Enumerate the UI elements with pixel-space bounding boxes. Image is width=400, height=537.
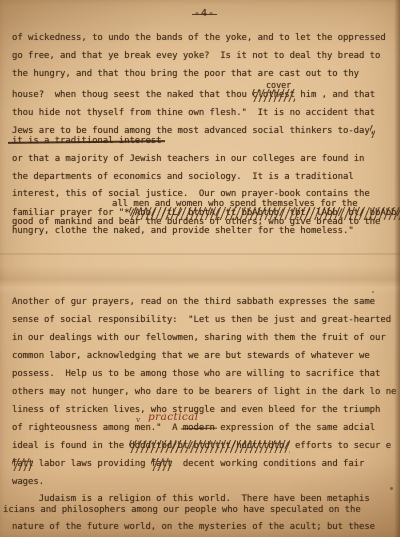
typed-text: hungry, clothe the naked, and provide sh…: [12, 226, 354, 236]
typed-text: Another of gur prayers, read on the thir…: [12, 297, 375, 307]
typed-line: common labor, acknowledging that we are …: [12, 351, 370, 362]
typed-text: sense of social responsibility: "Let us …: [12, 315, 391, 325]
typed-text: common labor, acknowledging that we are …: [12, 351, 370, 361]
struck-text: modern: [183, 423, 215, 434]
ink-speck: [390, 487, 393, 490]
typed-line: of righteousness among men." A modern ex…: [12, 423, 375, 434]
typed-text: others may not hunger, who dare to be be…: [12, 387, 396, 397]
typed-line: house? when thoug seest the naked that t…: [12, 90, 375, 101]
typed-text: practical: [148, 411, 199, 423]
typed-line: the departments of economics and sociolo…: [12, 172, 354, 183]
typed-text: efforts to secur e: [290, 441, 391, 451]
typed-text: icians and philosophers among our people…: [3, 505, 361, 515]
struck-text: ,: [370, 126, 375, 137]
struck-text: ddddttbd/bt/btdtttt/hddtttdtb/: [129, 441, 289, 452]
typed-line: Judaism is a religion of this world. The…: [12, 494, 370, 505]
typed-line: wages.: [12, 477, 44, 488]
struck-text: fatt: [151, 459, 172, 470]
typed-line: go free, and that ye break evey yoke? Is…: [12, 51, 380, 62]
struck-text: clothest: [252, 90, 295, 101]
page-number-text: -4-: [194, 8, 215, 19]
typed-text: interest, this of social justice. Our ow…: [12, 189, 370, 199]
typed-line: others may not hunger, who dare to be be…: [12, 387, 396, 398]
typed-text: nature of the future world, on the myste…: [12, 522, 375, 532]
ink-speck: [372, 291, 374, 293]
typed-text: him , and that: [295, 90, 375, 100]
typed-text: or that a majority of Jewish teachers in…: [12, 154, 364, 164]
struck-out-line: it is a traditional interest: [12, 136, 161, 147]
page-number: -4-: [194, 8, 215, 19]
struck-text: fatt: [12, 459, 33, 470]
typed-line: Another of gur prayers, read on the thir…: [12, 297, 375, 308]
struck-text: it is a traditional interest: [12, 136, 161, 146]
typed-text: the departments of economics and sociolo…: [12, 172, 354, 182]
paper-fold-line: [0, 253, 400, 255]
typed-text: go free, and that ye break evey yoke? Is…: [12, 51, 380, 61]
paper-fold-crease: [0, 266, 400, 296]
typed-text: of righteousness among men." A: [12, 423, 183, 433]
typed-text: house? when thoug seest the naked that t…: [12, 90, 252, 100]
scanned-document-page: -4- of wickedness, to undo the bands of …: [0, 0, 400, 537]
page-right-edge-shadow: [394, 0, 400, 537]
typed-line: the hungry, and that thou bring the poor…: [12, 69, 359, 80]
typed-line: possess. Help us to be among those who a…: [12, 369, 380, 380]
typed-text: Judaism is a religion of this world. The…: [12, 494, 370, 504]
typed-line: icians and philosophers among our people…: [3, 505, 361, 516]
typed-line: in our dealings with our fellowmen, shar…: [12, 333, 386, 344]
typed-text: the hungry, and that thou bring the poor…: [12, 69, 359, 79]
typed-text: possess. Help us to be among those who a…: [12, 369, 380, 379]
typed-line: fatt labor laws providing fatt decent wo…: [12, 459, 364, 470]
typed-text: thou hide not thyself from thine own fle…: [12, 108, 375, 118]
typed-line: or that a majority of Jewish teachers in…: [12, 154, 364, 165]
typed-text: Jews are to be found among the most adva…: [12, 126, 370, 136]
typed-text: wages.: [12, 477, 44, 487]
typed-text: in our dealings with our fellowmen, shar…: [12, 333, 386, 343]
typed-line: nature of the future world, on the myste…: [12, 522, 375, 533]
typed-text: decent working conditions and fair: [172, 459, 364, 469]
typed-text: ideal is found in the: [12, 441, 129, 451]
typed-line: sense of social responsibility: "Let us …: [12, 315, 391, 326]
typed-text: labor laws providing: [33, 459, 150, 469]
typed-line: hungry, clothe the naked, and provide sh…: [12, 226, 354, 237]
typed-text: of wickedness, to undo the bands of the …: [12, 33, 386, 43]
typed-line: of wickedness, to undo the bands of the …: [12, 33, 386, 44]
typed-line: thou hide not thyself from thine own fle…: [12, 108, 375, 119]
typed-line: ideal is found in the ddddttbd/bt/btdttt…: [12, 441, 391, 452]
typed-text: expression of the same adcial: [215, 423, 375, 433]
